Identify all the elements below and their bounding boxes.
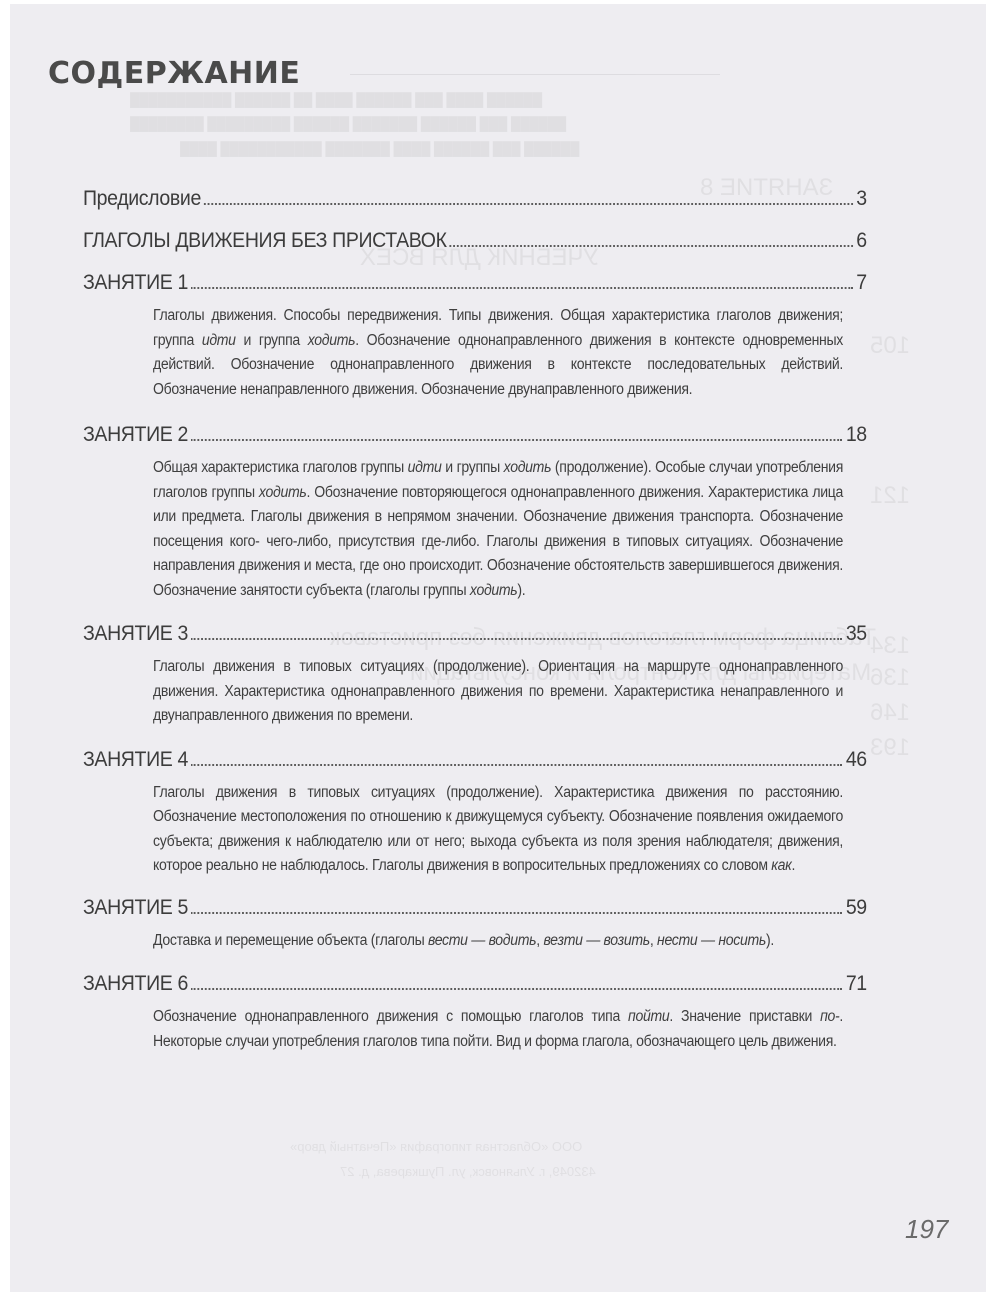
toc-entry-line[interactable]: ЗАНЯТИЕ 335 [83,621,867,647]
toc-entry-description: Глаголы движения в типовых ситуациях (пр… [153,655,843,729]
toc-entry-title: Предисловие [83,186,201,212]
toc-entry-title: ГЛАГОЛЫ ДВИЖЕНИЯ БЕЗ ПРИСТАВОК [83,228,447,254]
toc-entry-line[interactable]: ЗАНЯТИЕ 218 [83,422,867,448]
dot-leader [449,245,852,247]
toc-entry-description: Обозначение однонаправленного движения с… [153,1005,843,1054]
page-number: 197 [905,1214,948,1245]
toc-entry-description: Глаголы движения. Способы передвижения. … [153,304,843,402]
description-text: Доставка и перемещение объекта (глаголы [153,932,428,949]
italic-term: ходить [308,332,356,349]
table-of-contents: Предисловие3ГЛАГОЛЫ ДВИЖЕНИЯ БЕЗ ПРИСТАВ… [83,186,867,1054]
toc-entry-line[interactable]: ЗАНЯТИЕ 671 [83,971,867,997]
toc-entry-page: 59 [846,895,867,921]
toc-entry-title: ЗАНЯТИЕ 3 [83,621,188,647]
description-text: ). [517,582,525,599]
toc-entry-title: ЗАНЯТИЕ 6 [83,971,188,997]
italic-term: пойти [628,1008,669,1025]
description-text: . Значение приставки [669,1008,820,1025]
dot-leader [191,439,842,441]
toc-entry-page: 46 [846,747,867,773]
italic-term: везти — возить [543,932,649,949]
toc-entry-page: 35 [846,621,867,647]
description-text: , [650,932,657,949]
toc-entry-description: Глаголы движения в типовых ситуациях (пр… [153,781,843,879]
dot-leader [204,203,853,205]
toc-entry-line[interactable]: ЗАНЯТИЕ 17 [83,270,867,296]
description-text: ). [766,932,774,949]
italic-term: нести — носить [657,932,766,949]
dot-leader [191,988,842,990]
dot-leader [191,764,842,766]
toc-entry-title: ЗАНЯТИЕ 5 [83,895,188,921]
toc-entry-page: 71 [846,971,867,997]
description-text: и группы [442,459,504,476]
italic-term: ходить [259,484,307,501]
toc-entry-page: 18 [846,422,867,448]
description-text: . [791,857,795,874]
toc-entry-title: ЗАНЯТИЕ 2 [83,422,188,448]
italic-term: вести — водить [428,932,536,949]
toc-entry: ЗАНЯТИЕ 446Глаголы движения в типовых си… [83,747,867,879]
italic-term: идти [202,332,236,349]
italic-term: по- [820,1008,839,1025]
toc-entry-page: 3 [856,186,866,212]
book-page: ██████ ████ ███ ██████ ████ ██ ██████ ██… [10,4,986,1292]
description-text: Глаголы движения в типовых ситуациях (пр… [153,784,843,875]
description-text: Обозначение однонаправленного движения с… [153,1008,628,1025]
toc-entry: ГЛАГОЛЫ ДВИЖЕНИЯ БЕЗ ПРИСТАВОК6 [83,228,867,254]
toc-entry: ЗАНЯТИЕ 218Общая характеристика глаголов… [83,422,867,603]
italic-term: как [771,857,791,874]
dot-leader [191,638,842,640]
description-text: и группа [236,332,308,349]
description-text: Общая характеристика глаголов группы [153,459,408,476]
toc-entry-page: 7 [856,270,866,296]
toc-entry: Предисловие3 [83,186,867,212]
dot-leader [191,287,853,289]
dot-leader [191,912,842,914]
italic-term: ходить [504,459,552,476]
toc-entry-page: 6 [856,228,866,254]
toc-entry: ЗАНЯТИЕ 671Обозначение однонаправленного… [83,971,867,1054]
description-text: Глаголы движения в типовых ситуациях (пр… [153,658,843,724]
toc-entry-title: ЗАНЯТИЕ 1 [83,270,188,296]
toc-entry-description: Доставка и перемещение объекта (глаголы … [153,929,843,954]
toc-entry: ЗАНЯТИЕ 335Глаголы движения в типовых си… [83,621,867,729]
toc-entry-line[interactable]: ЗАНЯТИЕ 446 [83,747,867,773]
toc-entry-line[interactable]: Предисловие3 [83,186,867,212]
page-title: СОДЕРЖАНИЕ [48,56,300,91]
italic-term: идти [408,459,442,476]
toc-entry-line[interactable]: ГЛАГОЛЫ ДВИЖЕНИЯ БЕЗ ПРИСТАВОК6 [83,228,867,254]
toc-entry-title: ЗАНЯТИЕ 4 [83,747,188,773]
toc-entry: ЗАНЯТИЕ 17Глаголы движения. Способы пере… [83,270,867,402]
toc-entry-line[interactable]: ЗАНЯТИЕ 559 [83,895,867,921]
italic-term: ходить [470,582,518,599]
toc-entry-description: Общая характеристика глаголов группы идт… [153,456,843,603]
toc-entry: ЗАНЯТИЕ 559Доставка и перемещение объект… [83,895,867,954]
